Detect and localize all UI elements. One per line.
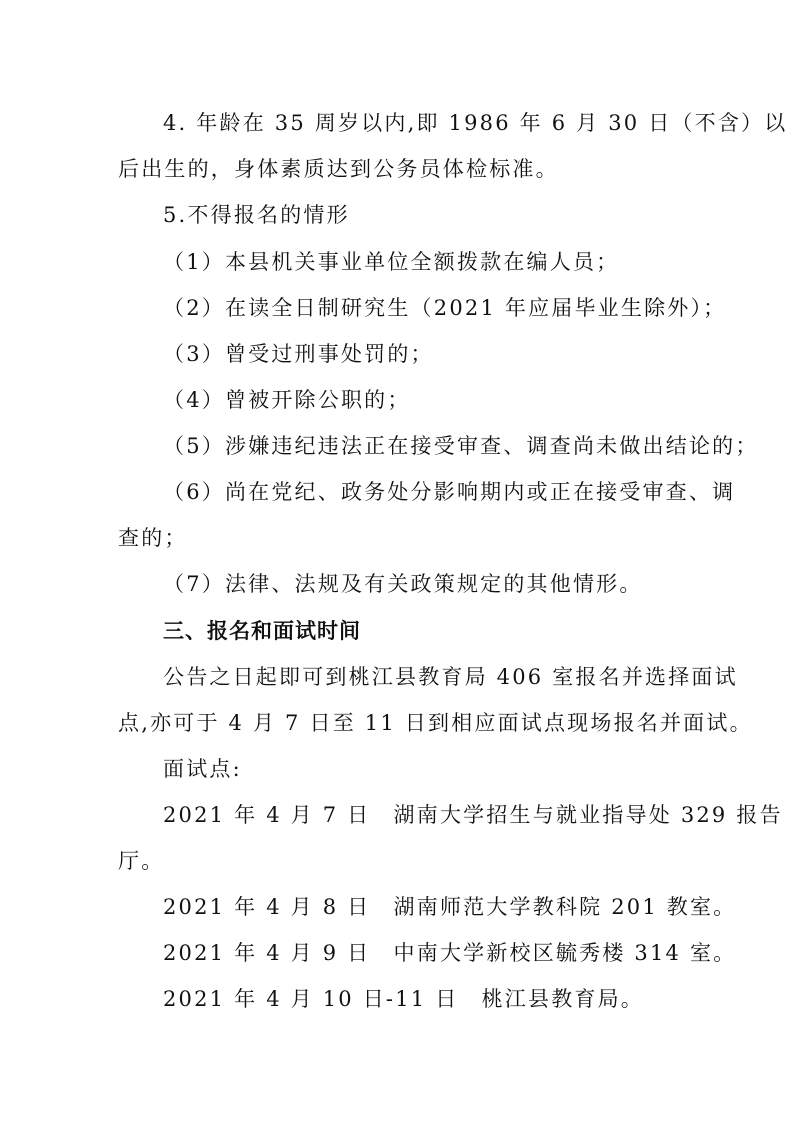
exclusion-item-6-line-2: 查的； xyxy=(118,524,688,552)
interview-site-1-line-2: 厅。 xyxy=(118,847,688,875)
section-heading: 三、报名和面试时间 xyxy=(163,617,733,645)
signup-paragraph-line-1: 公告之日起即可到桃江县教育局 406 室报名并选择面试 xyxy=(163,663,733,691)
interview-site-2: 2021 年 4 月 8 日 湖南师范大学教科院 201 教室。 xyxy=(163,893,733,921)
document-page: 4. 年龄在 35 周岁以内,即 1986 年 6 月 30 日（不含）以 后出… xyxy=(0,0,793,1122)
interview-site-1-line-1: 2021 年 4 月 7 日 湖南大学招生与就业指导处 329 报告 xyxy=(163,801,733,829)
interview-site-3: 2021 年 4 月 9 日 中南大学新校区毓秀楼 314 室。 xyxy=(163,939,733,967)
interview-site-4: 2021 年 4 月 10 日-11 日 桃江县教育局。 xyxy=(163,985,733,1013)
exclusion-item-7: （7）法律、法规及有关政策规定的其他情形。 xyxy=(163,570,733,598)
exclusion-item-6-line-1: （6）尚在党纪、政务处分影响期内或正在接受审查、调 xyxy=(163,478,733,506)
exclusion-title: 5.不得报名的情形 xyxy=(163,201,733,229)
exclusion-item-1: （1）本县机关事业单位全额拨款在编人员； xyxy=(163,248,733,276)
age-requirement-line-1: 4. 年龄在 35 周岁以内,即 1986 年 6 月 30 日（不含）以 xyxy=(163,109,733,137)
exclusion-item-5: （5）涉嫌违纪违法正在接受审查、调查尚未做出结论的； xyxy=(163,432,733,460)
exclusion-item-4: （4）曾被开除公职的； xyxy=(163,386,733,414)
age-requirement-line-2: 后出生的，身体素质达到公务员体检标准。 xyxy=(118,155,688,183)
exclusion-item-2: （2）在读全日制研究生（2021 年应届毕业生除外）； xyxy=(163,294,733,322)
interview-sites-label: 面试点: xyxy=(163,755,733,783)
exclusion-item-3: （3）曾受过刑事处罚的； xyxy=(163,340,733,368)
signup-paragraph-line-2: 点,亦可于 4 月 7 日至 11 日到相应面试点现场报名并面试。 xyxy=(118,709,688,737)
